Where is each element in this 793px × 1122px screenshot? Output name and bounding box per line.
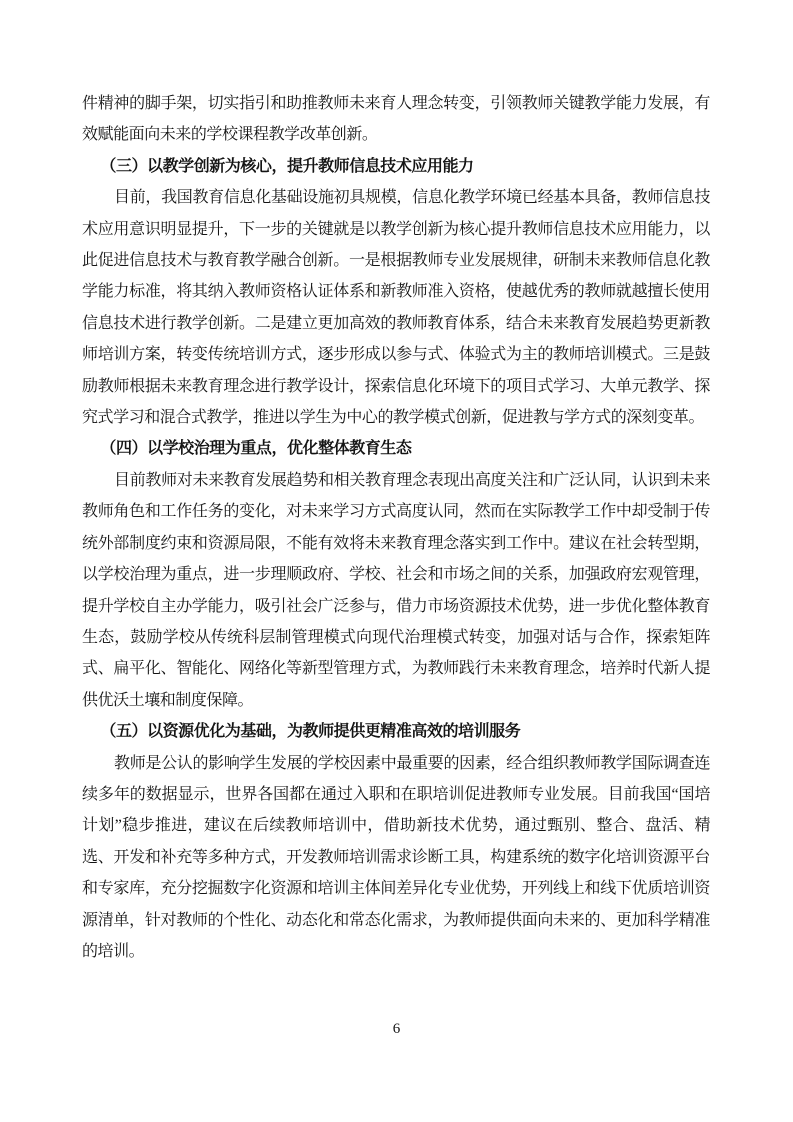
- section-heading: （三）以教学创新为核心，提升教师信息技术应用能力: [82, 151, 710, 182]
- section-heading: （四）以学校治理为重点，优化整体教育生态: [82, 433, 710, 464]
- paragraph: 教师是公认的影响学生发展的学校因素中最重要的因素，经合组织教师教学国际调查连续多…: [82, 748, 710, 968]
- section-heading: （五）以资源优化为基础，为教师提供更精准高效的培训服务: [82, 716, 710, 747]
- paragraph: 目前教师对未来教育发展趋势和相关教育理念表现出高度关注和广泛认同，认识到未来教师…: [82, 465, 710, 716]
- paragraph: 件精神的脚手架，切实指引和助推教师未来育人理念转变，引领教师关键教学能力发展，有…: [82, 88, 710, 151]
- document-page: 件精神的脚手架，切实指引和助推教师未来育人理念转变，引领教师关键教学能力发展，有…: [0, 0, 793, 1122]
- document-body: 件精神的脚手架，切实指引和助推教师未来育人理念转变，引领教师关键教学能力发展，有…: [82, 88, 710, 967]
- paragraph: 目前，我国教育信息化基础设施初具规模，信息化教学环境已经基本具备，教师信息技术应…: [82, 182, 710, 433]
- page-number: 6: [0, 1020, 793, 1038]
